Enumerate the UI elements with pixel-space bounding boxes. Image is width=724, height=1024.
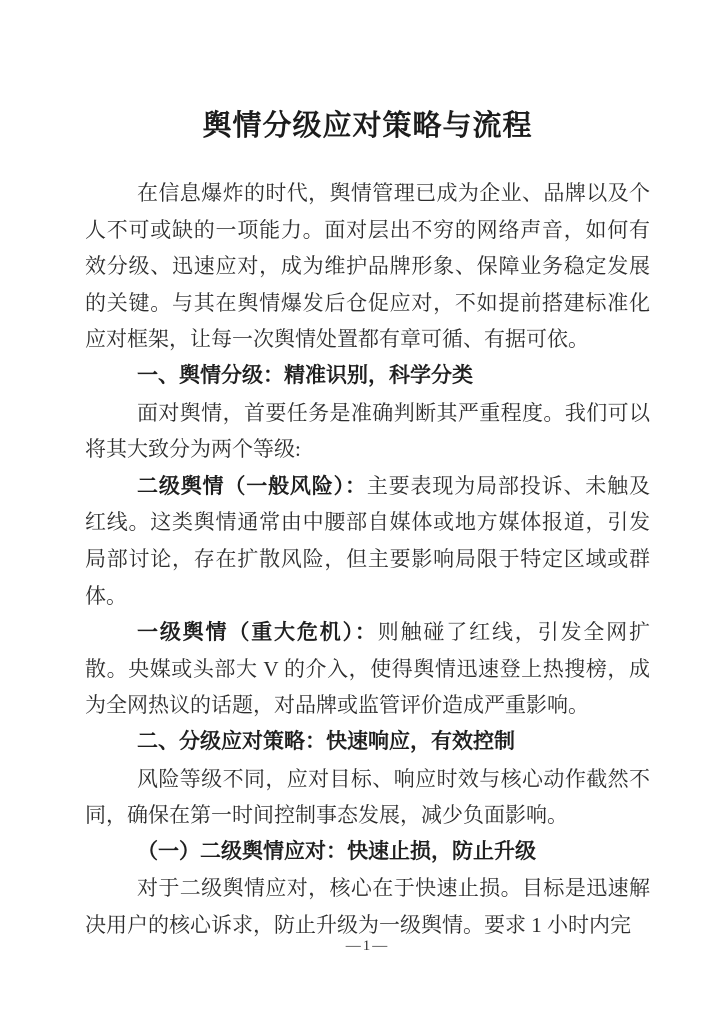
document-content: 舆情分级应对策略与流程 在信息爆炸的时代，舆情管理已成为企业、品牌以及个人不可或… [85,0,650,943]
paragraph-level1-crisis: 一级舆情（重大危机）：则触碰了红线，引发全网扩散。央媒或头部大 V 的介入，使得… [85,614,650,724]
section-heading-1: 一、舆情分级：精准识别，科学分类 [85,358,650,395]
section-heading-2: 二、分级应对策略：快速响应，有效控制 [85,724,650,761]
level1-crisis-lead: 一级舆情（重大危机）： [137,620,378,644]
paragraph-intro: 在信息爆炸的时代，舆情管理已成为企业、品牌以及个人不可或缺的一项能力。面对层出不… [85,175,650,358]
document-title: 舆情分级应对策略与流程 [85,106,650,146]
document-title-text: 舆情分级应对策略与流程 [202,110,532,142]
page-number: —1— [85,938,650,955]
paragraph-level2-response: 对于二级舆情应对，核心在于快速止损。目标是迅速解决用户的核心诉求，防止升级为一级… [85,870,650,943]
paragraph-classification-intro: 面对舆情，首要任务是准确判断其严重程度。我们可以将其大致分为两个等级: [85,395,650,468]
paragraph-level2-risk: 二级舆情（一般风险）：主要表现为局部投诉、未触及红线。这类舆情通常由中腰部自媒体… [85,468,650,614]
level2-risk-lead: 二级舆情（一般风险）： [137,474,367,498]
subsection-heading-1: （一）二级舆情应对：快速止损，防止升级 [85,834,650,871]
paragraph-strategy-intro: 风险等级不同，应对目标、响应时效与核心动作截然不同，确保在第一时间控制事态发展，… [85,761,650,834]
document-page: 舆情分级应对策略与流程 在信息爆炸的时代，舆情管理已成为企业、品牌以及个人不可或… [0,0,724,1024]
